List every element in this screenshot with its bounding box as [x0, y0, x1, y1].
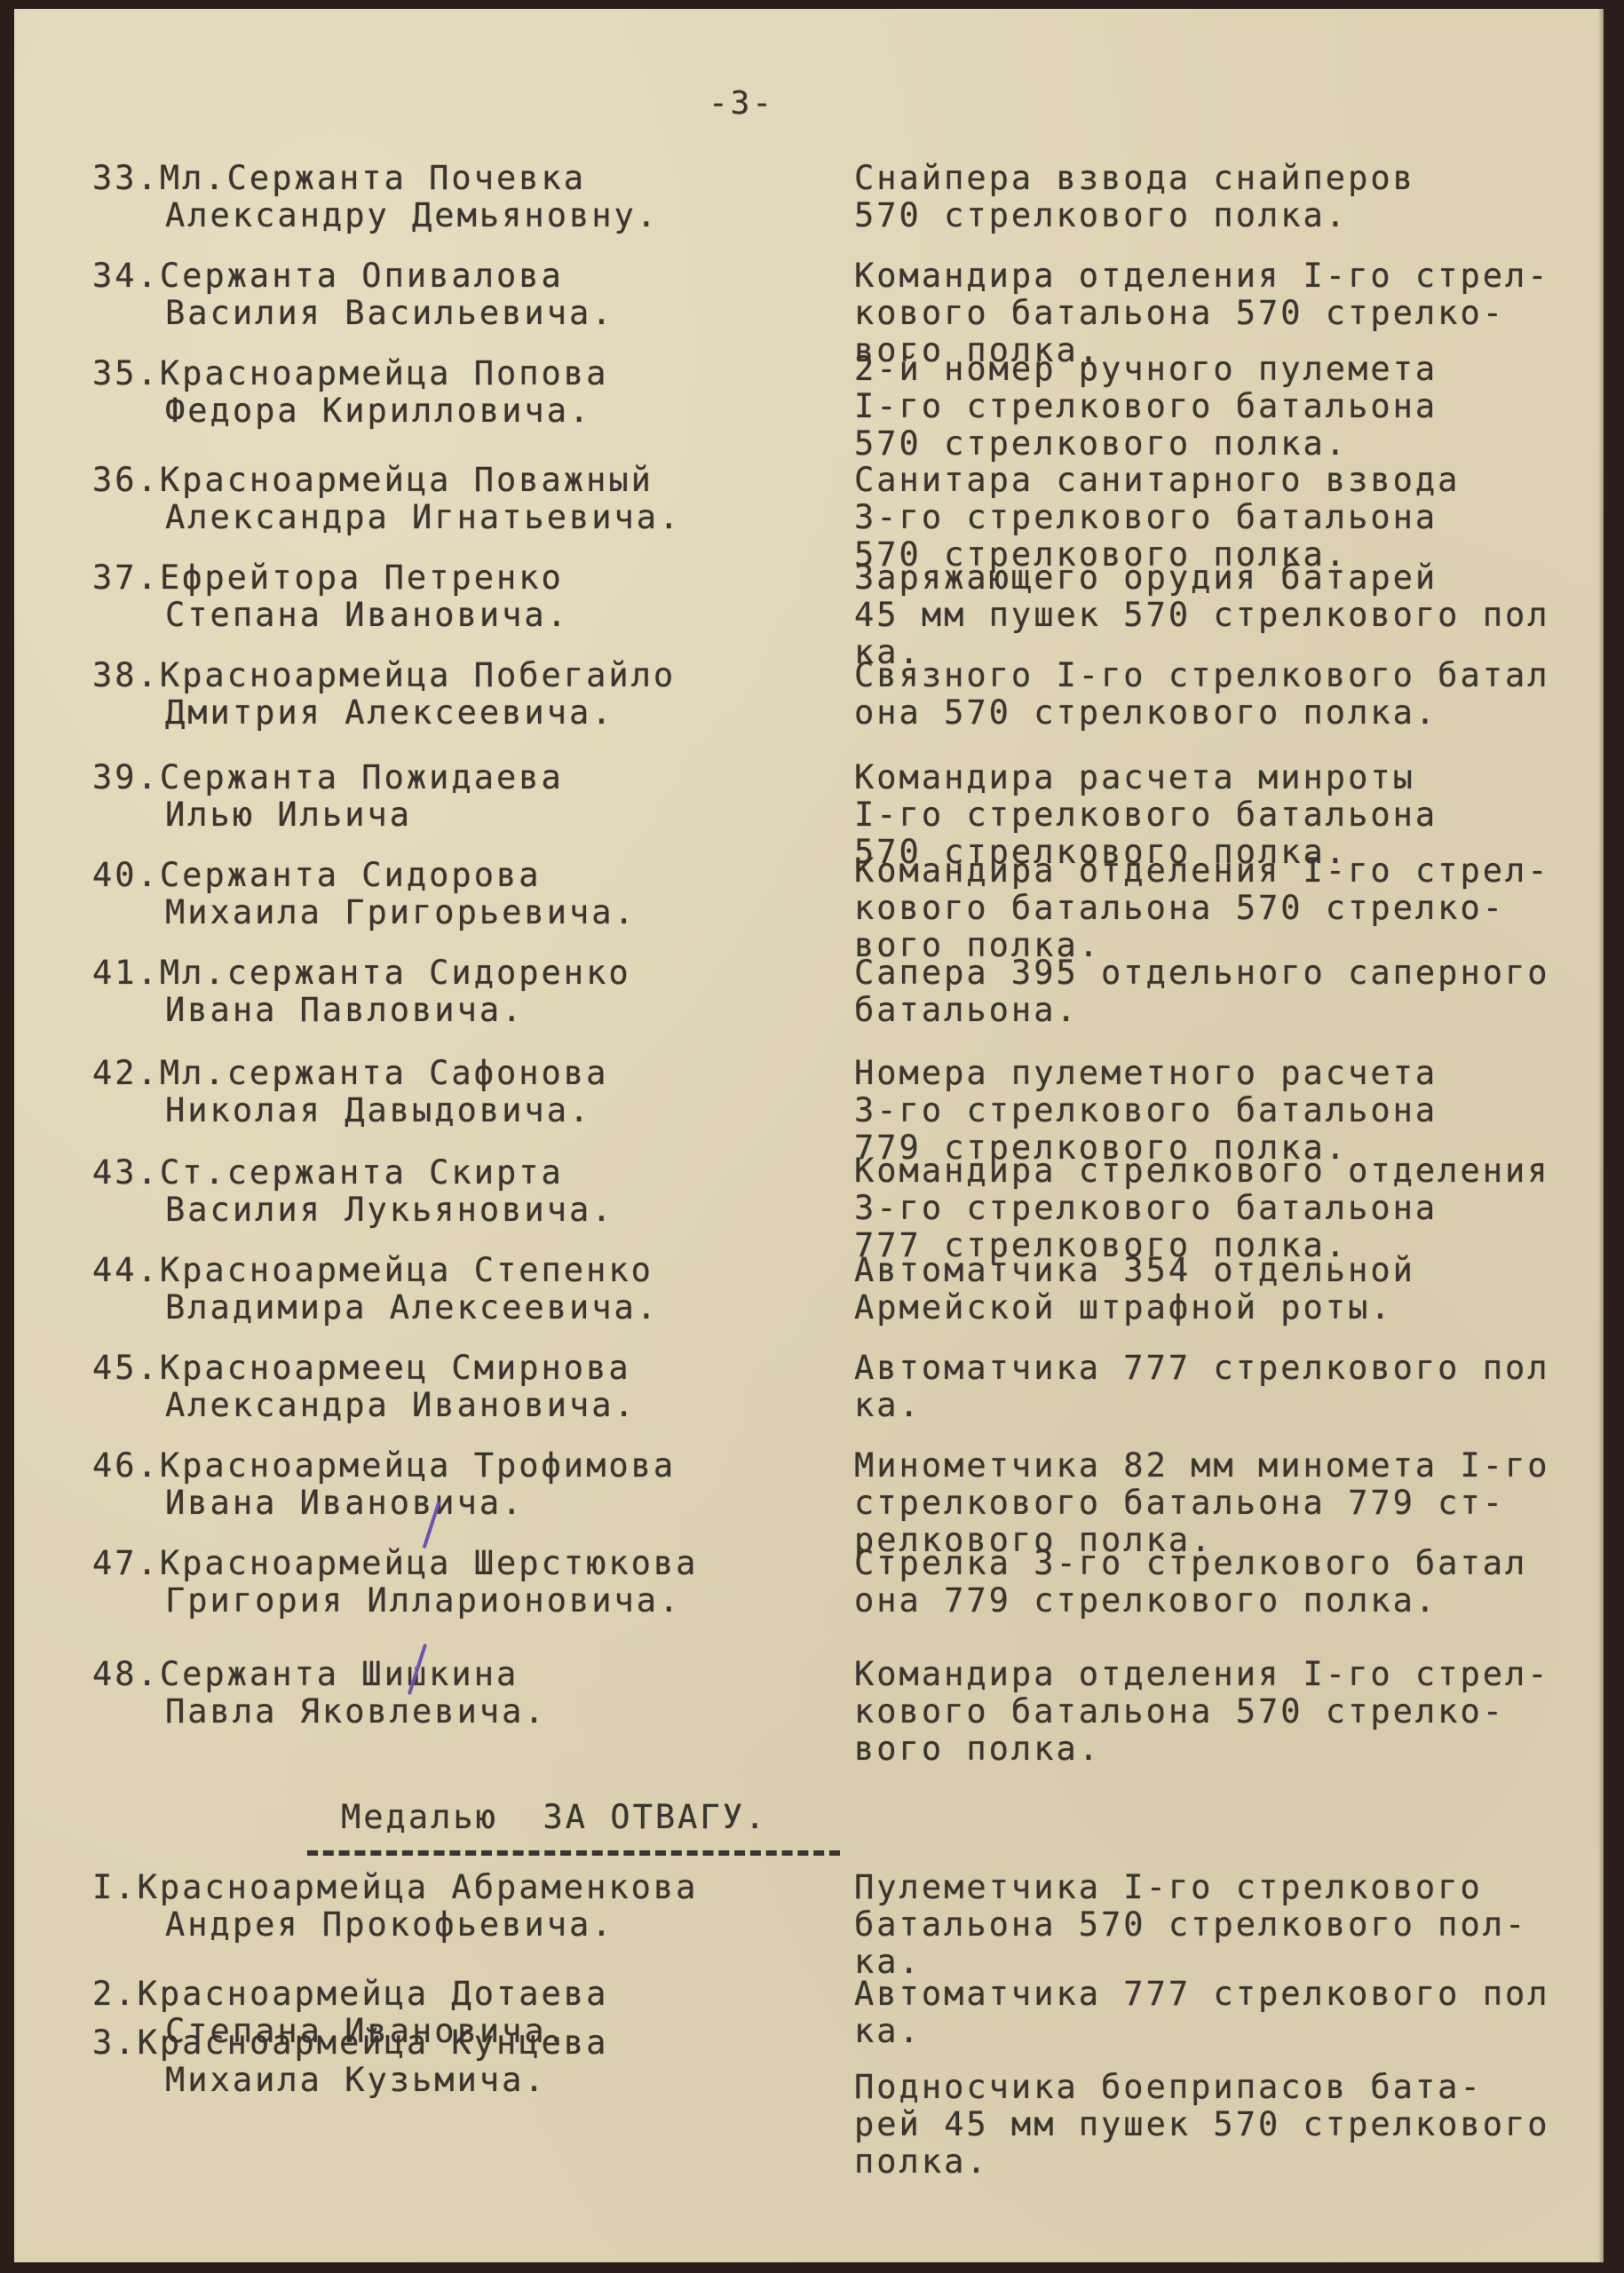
rank-surname: Красноармейца Трофимова — [160, 1446, 676, 1485]
position-line: Подносчика боеприпасов бата- — [854, 2069, 1550, 2106]
entry-number: 41. — [92, 954, 160, 992]
position-line: I-го стрелкового батальона — [854, 388, 1438, 425]
entry-number: 38. — [92, 656, 160, 694]
entry-position: Автоматчика 777 стрелкового полка. — [854, 1976, 1550, 2050]
position-line: рей 45 мм пушек 570 стрелкового — [854, 2106, 1550, 2143]
position-line: Армейской штрафной роты. — [854, 1289, 1415, 1327]
section-title-medal-for-courage: Медалью ЗА ОТВАГУ. — [341, 1799, 767, 1836]
given-names: Александру Демьяновну. — [92, 197, 659, 234]
position-line: Стрелка 3-го стрелкового батал — [854, 1545, 1527, 1582]
entry-number: 43. — [92, 1153, 160, 1192]
entry-position: Минометчика 82 мм миномета I-гострелково… — [854, 1447, 1550, 1559]
position-line: 570 стрелкового полка. — [854, 197, 1415, 234]
given-names: Николая Давыдовича. — [92, 1092, 608, 1129]
position-line: Командира отделения I-го стрел- — [854, 1656, 1550, 1693]
entry-position: Связного I-го стрелкового баталона 570 с… — [854, 657, 1550, 732]
entry-name: 38.Красноармейца ПобегайлоДмитрия Алексе… — [92, 657, 676, 732]
rank-surname: Красноармейца Кунцева — [138, 2024, 609, 2062]
position-line: I-го стрелкового батальона — [854, 796, 1438, 834]
entry-number-rank-surname: 41.Мл.сержанта Сидоренко — [92, 954, 631, 992]
document-page: -3- 33.Мл.Сержанта ПочевкаАлександру Дем… — [14, 9, 1604, 2262]
entry-number-rank-surname: 35.Красноармейца Попова — [92, 355, 608, 392]
entry-position: Пулеметчика I-го стрелковогобатальона 57… — [854, 1869, 1527, 1981]
position-line: Командира отделения I-го стрел- — [854, 852, 1550, 890]
entry-number-rank-surname: 33.Мл.Сержанта Почевка — [92, 160, 659, 197]
position-line: Командира отделения I-го стрел- — [854, 257, 1550, 295]
given-names: Михаила Григорьевича. — [92, 894, 637, 931]
position-line: Санитара санитарного взвода — [854, 462, 1460, 499]
section-underline — [307, 1850, 840, 1856]
position-line: батальона 570 стрелкового пол- — [854, 1906, 1527, 1944]
rank-surname: Красноармейца Дотаева — [138, 1975, 609, 2013]
entry-name: 42.Мл.сержанта СафоноваНиколая Давыдович… — [92, 1055, 608, 1129]
entry-number: 35. — [92, 354, 160, 392]
entry-number-rank-surname: 36.Красноармейца Поважный — [92, 462, 681, 499]
given-names: Дмитрия Алексеевича. — [92, 694, 676, 732]
position-line: кового батальона 570 стрелко- — [854, 1693, 1550, 1730]
given-names: Александра Ивановича. — [92, 1387, 637, 1424]
entry-name: 39.Сержанта ПожидаеваИлью Ильича — [92, 759, 564, 834]
entry-position: Номера пулеметного расчета3-го стрелково… — [854, 1055, 1438, 1167]
position-line: ка. — [854, 2013, 1550, 2050]
entry-position: Заряжающего орудия батарей45 мм пушек 57… — [854, 559, 1550, 671]
entry-position: Сапера 395 отдельного саперногобатальона… — [854, 954, 1550, 1029]
given-names: Василия Лукьяновича. — [92, 1192, 614, 1229]
entry-number: 3. — [92, 2024, 138, 2062]
given-names: Александра Игнатьевича. — [92, 499, 681, 536]
given-names: Илью Ильича — [92, 796, 564, 834]
entry-name: 48.Сержанта ШишкинаПавла Яковлевича. — [92, 1656, 547, 1730]
rank-surname: Красноармейца Побегайло — [160, 656, 676, 694]
position-line: 45 мм пушек 570 стрелкового пол — [854, 597, 1550, 634]
position-line: Автоматчика 777 стрелкового пол — [854, 1976, 1550, 2013]
position-line: 570 стрелкового полка. — [854, 425, 1438, 463]
page-edge-shadow — [1598, 9, 1604, 2262]
position-line: батальона. — [854, 992, 1550, 1029]
rank-surname: Сержанта Сидорова — [160, 856, 542, 894]
entry-number-rank-surname: 46.Красноармейца Трофимова — [92, 1447, 676, 1485]
position-line: 2-й номер ручного пулемета — [854, 351, 1438, 388]
rank-surname: Сержанта Пожидаева — [160, 758, 564, 796]
given-names: Ивана Ивановича. — [92, 1485, 676, 1522]
given-names: Михаила Кузьмича. — [92, 2062, 608, 2099]
rank-surname: Красноармеец Смирнова — [160, 1349, 631, 1387]
rank-surname: Ст.сержанта Скирта — [160, 1153, 564, 1192]
entry-number-rank-surname: 39.Сержанта Пожидаева — [92, 759, 564, 796]
position-line: Автоматчика 777 стрелкового пол — [854, 1350, 1550, 1387]
entry-number-rank-surname: 48.Сержанта Шишкина — [92, 1656, 547, 1693]
position-line: 3-го стрелкового батальона — [854, 499, 1460, 536]
entry-number: 46. — [92, 1446, 160, 1485]
entry-number: 47. — [92, 1544, 160, 1582]
rank-surname: Мл.Сержанта Почевка — [160, 159, 586, 197]
entry-number-rank-surname: 38.Красноармейца Побегайло — [92, 657, 676, 694]
rank-surname: Мл.сержанта Сафонова — [160, 1054, 609, 1092]
entry-position: Командира стрелкового отделения3-го стре… — [854, 1152, 1550, 1264]
page-number: -3- — [709, 85, 774, 123]
entry-number: 34. — [92, 257, 160, 295]
position-line: она 570 стрелкового полка. — [854, 694, 1550, 732]
position-line: Сапера 395 отдельного саперного — [854, 954, 1550, 992]
entry-number-rank-surname: 42.Мл.сержанта Сафонова — [92, 1055, 608, 1092]
entry-name: 33.Мл.Сержанта ПочевкаАлександру Демьяно… — [92, 160, 659, 234]
entry-position: Санитара санитарного взвода3-го стрелков… — [854, 462, 1460, 574]
rank-surname: Красноармейца Попова — [160, 354, 609, 392]
entry-number-rank-surname: 2.Красноармейца Дотаева — [92, 1976, 608, 2013]
rank-surname: Красноармейца Шерстюкова — [160, 1544, 699, 1582]
position-line: 3-го стрелкового батальона — [854, 1190, 1550, 1227]
entry-number: 2. — [92, 1975, 138, 2013]
given-names: Владимира Алексеевича. — [92, 1289, 659, 1327]
position-line: Пулеметчика I-го стрелкового — [854, 1869, 1527, 1906]
entry-position: Командира отделения I-го стрел-кового ба… — [854, 852, 1550, 964]
rank-surname: Красноармейца Степенко — [160, 1251, 654, 1289]
entry-number: 39. — [92, 758, 160, 796]
given-names: Григория Илларионовича. — [92, 1582, 698, 1620]
rank-surname: Мл.сержанта Сидоренко — [160, 954, 631, 992]
entry-number: 45. — [92, 1349, 160, 1387]
position-line: стрелкового батальона 779 ст- — [854, 1485, 1550, 1522]
entry-position: Стрелка 3-го стрелкового баталона 779 ст… — [854, 1545, 1527, 1620]
position-line: 3-го стрелкового батальона — [854, 1092, 1438, 1129]
position-line: Заряжающего орудия батарей — [854, 559, 1550, 597]
given-names: Павла Яковлевича. — [92, 1693, 547, 1730]
entry-number: 44. — [92, 1251, 160, 1289]
given-names: Федора Кирилловича. — [92, 392, 608, 430]
entry-number-rank-surname: 44.Красноармейца Степенко — [92, 1252, 659, 1289]
entry-number-rank-surname: 47.Красноармейца Шерстюкова — [92, 1545, 698, 1582]
entry-number-rank-surname: 43.Ст.сержанта Скирта — [92, 1154, 614, 1192]
entry-name: I.Красноармейца АбраменковаАндрея Прокоф… — [92, 1869, 698, 1944]
position-line: Командира расчета минроты — [854, 759, 1438, 796]
entry-number: 33. — [92, 159, 160, 197]
entry-position: Автоматчика 354 отдельнойАрмейской штраф… — [854, 1252, 1415, 1327]
entry-position: Снайпера взвода снайперов570 стрелкового… — [854, 160, 1415, 234]
position-line: вого полка. — [854, 1730, 1550, 1768]
position-line: она 779 стрелкового полка. — [854, 1582, 1527, 1620]
position-line: кового батальона 570 стрелко- — [854, 295, 1550, 332]
entry-name: 41.Мл.сержанта СидоренкоИвана Павловича. — [92, 954, 631, 1029]
given-names: Василия Васильевича. — [92, 295, 614, 332]
position-line: Связного I-го стрелкового батал — [854, 657, 1550, 694]
entry-name: 44.Красноармейца СтепенкоВладимира Алекс… — [92, 1252, 659, 1327]
entry-position: Командира отделения I-го стрел-кового ба… — [854, 1656, 1550, 1768]
entry-name: 43.Ст.сержанта СкиртаВасилия Лукьяновича… — [92, 1154, 614, 1229]
entry-name: 37.Ефрейтора ПетренкоСтепана Ивановича. — [92, 559, 569, 634]
rank-surname: Красноармейца Абраменкова — [138, 1868, 699, 1906]
entry-name: 46.Красноармейца ТрофимоваИвана Иванович… — [92, 1447, 676, 1522]
position-line: Автоматчика 354 отдельной — [854, 1252, 1415, 1289]
position-line: Номера пулеметного расчета — [854, 1055, 1438, 1092]
entry-number-rank-surname: 37.Ефрейтора Петренко — [92, 559, 569, 597]
given-names: Ивана Павловича. — [92, 992, 631, 1029]
entry-number: 48. — [92, 1655, 160, 1693]
entry-position: Подносчика боеприпасов бата-рей 45 мм пу… — [854, 2069, 1550, 2181]
given-names: Андрея Прокофьевича. — [92, 1906, 698, 1944]
position-line: кового батальона 570 стрелко- — [854, 890, 1550, 927]
position-line: Командира стрелкового отделения — [854, 1152, 1550, 1190]
entry-number: 40. — [92, 856, 160, 894]
entry-number-rank-surname: I.Красноармейца Абраменкова — [92, 1869, 698, 1906]
rank-surname: Сержанта Опивалова — [160, 257, 564, 295]
entry-number-rank-surname: 45.Красноармеец Смирнова — [92, 1350, 637, 1387]
entry-number-rank-surname: 3.Красноармейца Кунцева — [92, 2024, 608, 2062]
entry-name: 47.Красноармейца ШерстюковаГригория Илла… — [92, 1545, 698, 1620]
position-line: ка. — [854, 1387, 1550, 1424]
entry-number: 42. — [92, 1054, 160, 1092]
rank-surname: Сержанта Шишкина — [160, 1655, 519, 1693]
entry-name: 36.Красноармейца ПоважныйАлександра Игна… — [92, 462, 681, 536]
entry-name: 40.Сержанта СидороваМихаила Григорьевича… — [92, 857, 637, 931]
position-line: Снайпера взвода снайперов — [854, 160, 1415, 197]
rank-surname: Ефрейтора Петренко — [160, 558, 564, 597]
rank-surname: Красноармейца Поважный — [160, 461, 654, 499]
entry-position: 2-й номер ручного пулеметаI-го стрелково… — [854, 351, 1438, 463]
entry-name: 34.Сержанта ОпиваловаВасилия Васильевича… — [92, 257, 614, 332]
entry-number: I. — [92, 1868, 138, 1906]
entry-number-rank-surname: 40.Сержанта Сидорова — [92, 857, 637, 894]
position-line: полка. — [854, 2143, 1550, 2181]
entry-number: 36. — [92, 461, 160, 499]
entry-name: 3.Красноармейца КунцеваМихаила Кузьмича. — [92, 2024, 608, 2099]
entry-name: 45.Красноармеец СмирноваАлександра Ивано… — [92, 1350, 637, 1424]
entry-position: Автоматчика 777 стрелкового полка. — [854, 1350, 1550, 1424]
entry-name: 35.Красноармейца ПоповаФедора Кириллович… — [92, 355, 608, 430]
position-line: Минометчика 82 мм миномета I-го — [854, 1447, 1550, 1485]
given-names: Степана Ивановича. — [92, 597, 569, 634]
entry-number-rank-surname: 34.Сержанта Опивалова — [92, 257, 614, 295]
entry-number: 37. — [92, 558, 160, 597]
